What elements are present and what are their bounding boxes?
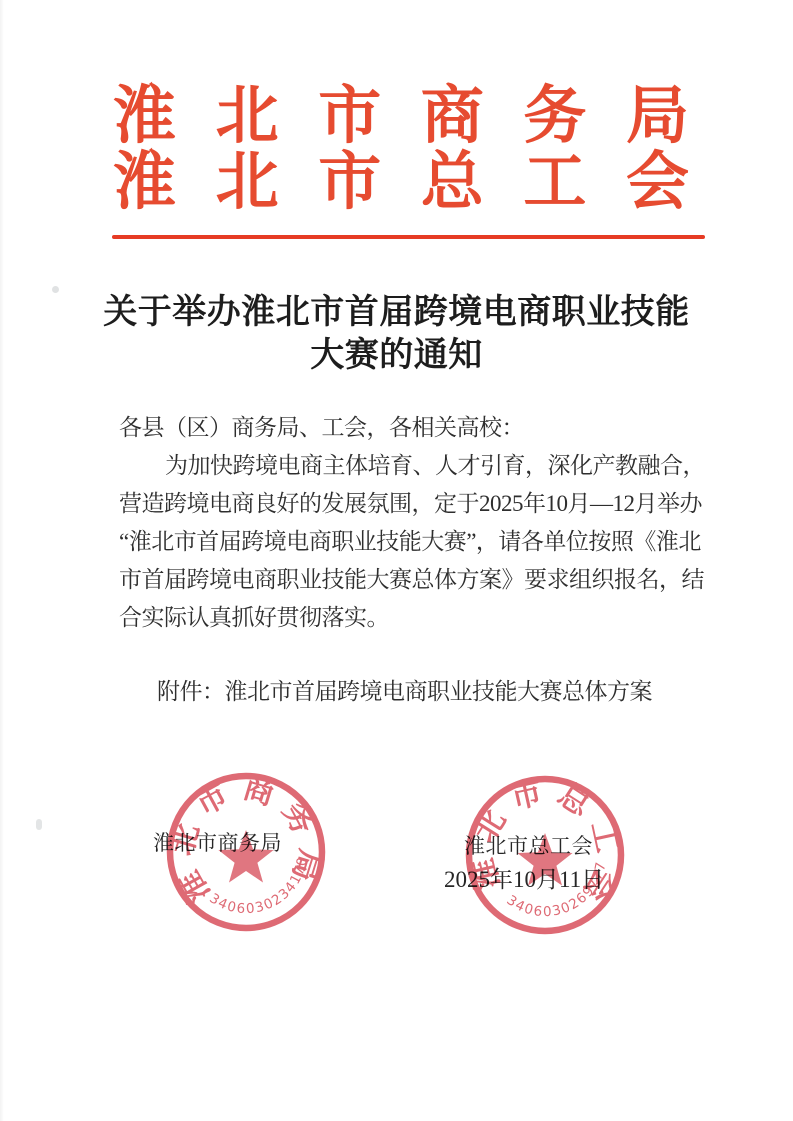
letterhead-line-1: 淮北市商务局 (113, 83, 689, 149)
letterhead-char: 务 (523, 83, 586, 149)
document-title-line-2: 大赛的通知 (0, 334, 793, 377)
letterhead-char: 北 (216, 149, 279, 215)
document-page: 淮北市商务局 淮北市总工会 关于举办淮北市首届跨境电商职业技能 大赛的通知 各县… (0, 0, 793, 1121)
letterhead-char: 北 (216, 83, 279, 149)
attachment-line: 附件：淮北市首届跨境电商职业技能大赛总体方案 (157, 673, 652, 706)
official-seal-right: 淮北市总工会 3406030269777 (450, 760, 640, 950)
letterhead-char: 局 (626, 83, 689, 149)
document-title: 关于举办淮北市首届跨境电商职业技能 大赛的通知 (0, 291, 793, 377)
body-line: 营造跨境电商良好的发展氛围，定于2025年10月—12月举办 (119, 485, 685, 523)
body-line: “淮北市首届跨境电商职业技能大赛”，请各单位按照《淮北 (119, 523, 685, 561)
letterhead-line-2: 淮北市总工会 (113, 149, 689, 215)
body-line: 为加快跨境电商主体培育、人才引育，深化产教融合， (119, 447, 685, 485)
body-line: 市首届跨境电商职业技能大赛总体方案》要求组织报名，结 (119, 561, 685, 599)
seal-star-icon (218, 830, 273, 883)
document-body: 各县（区）商务局、工会，各相关高校： 为加快跨境电商主体培育、人才引育，深化产教… (119, 409, 685, 637)
letterhead-char: 淮 (113, 149, 176, 215)
document-title-line-1: 关于举办淮北市首届跨境电商职业技能 (0, 291, 793, 334)
scan-artifact (36, 819, 42, 830)
letterhead-char: 会 (626, 149, 689, 215)
body-line: 合实际认真抓好贯彻落实。 (119, 599, 685, 637)
letterhead-char: 工 (523, 149, 586, 215)
letterhead-char: 商 (421, 83, 484, 149)
seal-star-icon (517, 833, 572, 886)
letterhead-char: 市 (318, 149, 381, 215)
letterhead-divider-rule (112, 235, 705, 239)
letterhead-char: 淮 (113, 83, 176, 149)
letterhead: 淮北市商务局 淮北市总工会 (113, 83, 689, 215)
official-seal-left: 淮北市商务局 3406030234170 (151, 757, 341, 947)
salutation-line: 各县（区）商务局、工会，各相关高校： (119, 409, 685, 447)
letterhead-char: 市 (318, 83, 381, 149)
letterhead-char: 总 (421, 149, 484, 215)
